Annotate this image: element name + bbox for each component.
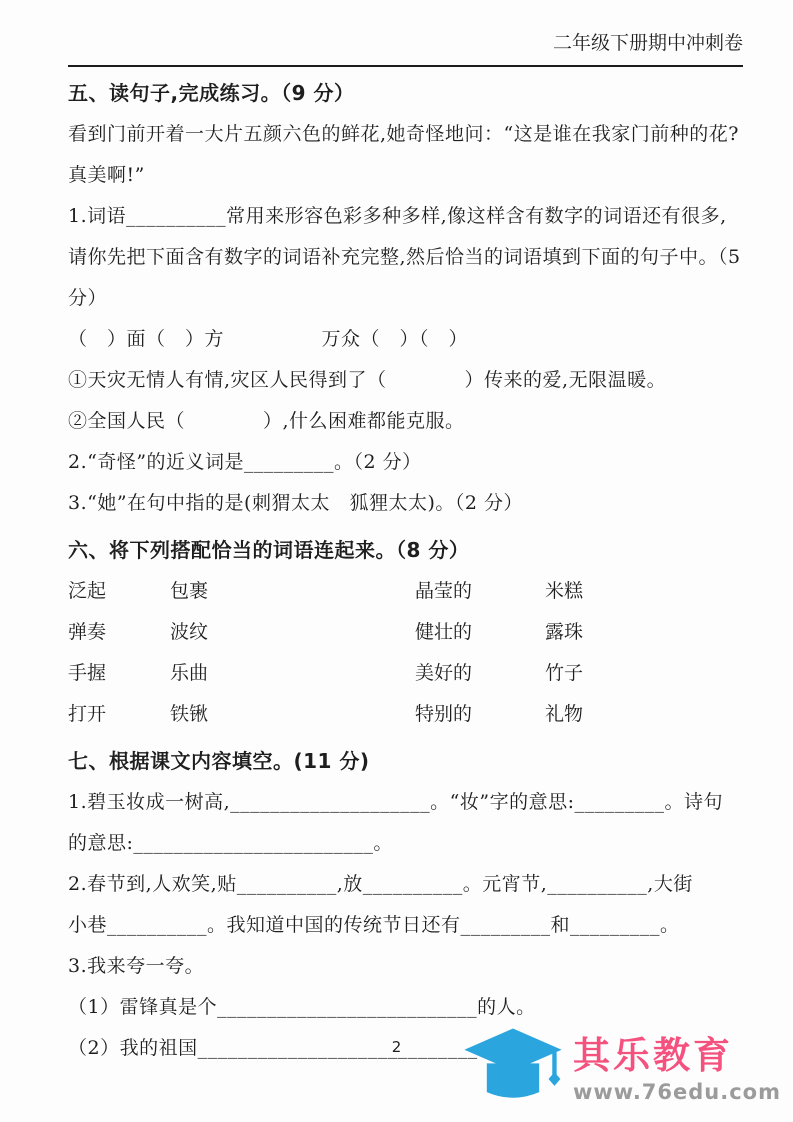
- section-5-heading: 五、读句子,完成练习。（9 分）: [68, 73, 743, 114]
- logo-text: 其乐教育: [573, 1036, 781, 1077]
- text-line: 请你先把下面含有数字的词语补充完整,然后恰当的词语填到下面的句子中。（5: [68, 237, 743, 278]
- matching-word: 手握: [68, 653, 170, 694]
- page-content: 二年级下册期中冲刺卷 五、读句子,完成练习。（9 分） 看到门前开着一大片五颜六…: [68, 0, 743, 1069]
- matching-word: 健壮的: [415, 612, 545, 653]
- graduation-cap-icon: [463, 1026, 563, 1122]
- matching-word: 晶莹的: [415, 571, 545, 612]
- question-3-line: 3.“她”在句中指的是(刺猬太太 狐狸太太)。（2 分）: [68, 483, 743, 524]
- matching-table: 泛起 包裹 晶莹的 米糕 弹奏 波纹 健壮的 露珠 手握 乐曲 美好的 竹子 打…: [68, 571, 743, 735]
- section-7-heading: 七、根据课文内容填空。(11 分): [68, 741, 743, 782]
- matching-word: 竹子: [545, 653, 743, 694]
- section-6-heading: 六、将下列搭配恰当的词语连起来。（8 分）: [68, 530, 743, 571]
- text-line: 看到门前开着一大片五颜六色的鲜花,她奇怪地问：“这是谁在我家门前种的花?: [68, 114, 743, 155]
- matching-word: 包裹: [170, 571, 415, 612]
- matching-word: 乐曲: [170, 653, 415, 694]
- sentence-1-line: ①天灾无情人有情,灾区人民得到了（ ）传来的爱,无限温暖。: [68, 360, 743, 401]
- text-line: 1.词语__________常用来形容色彩多种多样,像这样含有数字的词语还有很多…: [68, 196, 743, 237]
- question-2-line: 2.“奇怪”的近义词是_________。（2 分）: [68, 442, 743, 483]
- matching-word: 礼物: [545, 694, 743, 735]
- text-line: 小巷__________。我知道中国的传统节日还有_________和_____…: [68, 905, 743, 946]
- text-line: 的意思:________________________。: [68, 823, 743, 864]
- text-line: 真美啊!”: [68, 155, 743, 196]
- matching-word: 米糕: [545, 571, 743, 612]
- fill-in-words-line: （ ）面（ ）方 万众（ ）（ ）: [68, 319, 743, 360]
- matching-word: 特别的: [415, 694, 545, 735]
- matching-word: 美好的: [415, 653, 545, 694]
- text-line: 3.我来夸一夸。: [68, 946, 743, 987]
- sentence-2-line: ②全国人民（ ）,什么困难都能克服。: [68, 401, 743, 442]
- matching-word: 弹奏: [68, 612, 170, 653]
- text-line: 2.春节到,人欢笑,贴__________,放__________。元宵节,__…: [68, 864, 743, 905]
- logo-url: www.76edu.com: [573, 1080, 781, 1104]
- praise-sentence-1: （1）雷锋真是个__________________________的人。: [68, 987, 743, 1028]
- page-header-title: 二年级下册期中冲刺卷: [68, 0, 743, 56]
- matching-word: 打开: [68, 694, 170, 735]
- text-line: 1.碧玉妆成一树高,____________________。“妆”字的意思:_…: [68, 782, 743, 823]
- header-divider: [68, 65, 743, 67]
- text-line: 分）: [68, 278, 743, 319]
- logo-text-block: 其乐教育 www.76edu.com: [573, 1026, 781, 1104]
- exam-page: 二年级下册期中冲刺卷 五、读句子,完成练习。（9 分） 看到门前开着一大片五颜六…: [0, 0, 793, 1122]
- matching-word: 露珠: [545, 612, 743, 653]
- matching-word: 波纹: [170, 612, 415, 653]
- matching-word: 泛起: [68, 571, 170, 612]
- matching-word: 铁锹: [170, 694, 415, 735]
- site-logo: 其乐教育 www.76edu.com: [463, 1026, 781, 1122]
